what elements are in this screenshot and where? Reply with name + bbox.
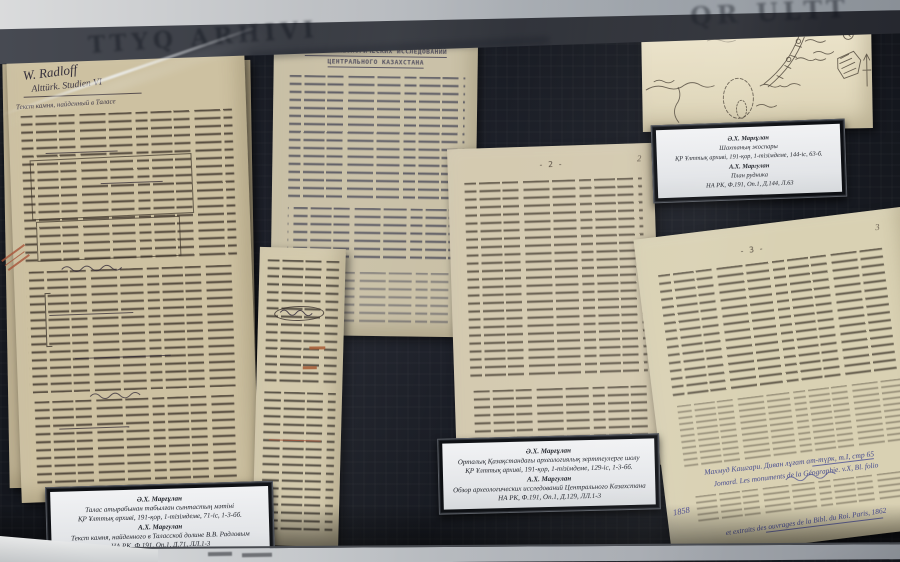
typed-text-block bbox=[658, 248, 897, 399]
river-line bbox=[646, 82, 714, 90]
label-stand-overview: Ә.Х. Марғұлан Орталық Қазақстандағы архе… bbox=[437, 433, 661, 514]
mine-contour bbox=[723, 78, 754, 119]
typed-text-block bbox=[26, 265, 236, 394]
sill-smudge bbox=[208, 552, 232, 556]
page-number: - 2 - bbox=[447, 157, 653, 172]
handwritten-word-squiggle bbox=[278, 307, 318, 316]
orange-ink-mark bbox=[309, 346, 325, 349]
road-line bbox=[767, 37, 805, 87]
quarry-label-squiggle bbox=[814, 51, 834, 54]
orange-ink-mark bbox=[303, 366, 317, 369]
sill-smudge bbox=[242, 553, 272, 558]
label-card-overview: Ә.Х. Марғұлан Орталық Қазақстандағы архе… bbox=[442, 438, 656, 509]
road-line bbox=[763, 35, 800, 84]
typed-text-block bbox=[288, 75, 466, 203]
typed-text-block bbox=[464, 177, 648, 382]
quarry-hatch bbox=[840, 54, 856, 73]
river-label-squiggle bbox=[654, 80, 674, 83]
document-radloff-talas-text: W. Radloff Alttürk. Studien VI Текст кам… bbox=[6, 50, 259, 503]
settlement-label-squiggle bbox=[796, 57, 826, 61]
typed-text-block bbox=[34, 395, 237, 490]
pencil-annotation-box bbox=[36, 216, 182, 262]
museum-display-case-photo: W. Radloff Alttürk. Studien VI Текст кам… bbox=[0, 0, 900, 562]
corner-page-number: 3 bbox=[875, 222, 881, 232]
mine-shaft bbox=[736, 100, 746, 118]
ore-site-label-squiggle bbox=[760, 83, 800, 87]
label-stand-mine-plan: Ә.Х. Марғұлан Шахтаның жоспары ҚР Ұлттық… bbox=[651, 119, 848, 204]
settlement-label-squiggle bbox=[805, 39, 825, 42]
document-heading-line2: ЦЕНТРАЛЬНОГО КАЗАХСТАНА bbox=[274, 58, 478, 68]
river-branch bbox=[674, 87, 680, 122]
mine-label-squiggle bbox=[756, 104, 776, 107]
document-overview-page2: - 2 - 2 bbox=[447, 143, 663, 471]
compass-mark bbox=[863, 54, 872, 86]
pencil-annotation-box bbox=[30, 153, 195, 220]
label-card-mine-plan: Ә.Х. Марғұлан Шахтаның жоспары ҚР Ұлттық… bbox=[656, 124, 842, 198]
corner-page-number: 2 bbox=[637, 153, 642, 163]
